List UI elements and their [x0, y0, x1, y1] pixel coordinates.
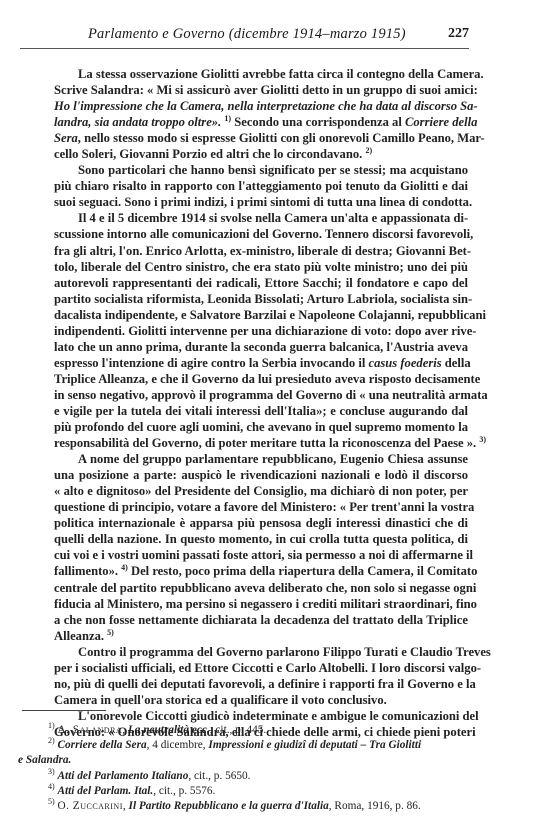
- text-line: più profondo del cuore agli uomini, che …: [54, 419, 468, 435]
- footnote-ref[interactable]: 5): [107, 628, 114, 637]
- text-line: espresso l'intenzione di agire contro la…: [54, 355, 468, 371]
- footnote-author: A. Salandra: [58, 724, 123, 736]
- text-line: Ho l'impressione che la Camera, nella in…: [54, 98, 468, 114]
- footnote-3: 3) Atti del Parlamento Italiano, cit., p…: [18, 769, 468, 784]
- text-line: una posizione a parte: auspicò le rivend…: [54, 467, 468, 483]
- text-line: A nome del gruppo parlamentare repubblic…: [54, 451, 468, 467]
- text-line: in senso negativo, approvò il programma …: [54, 387, 468, 403]
- text-line: scussione intorno alle comunicazioni del…: [54, 226, 468, 242]
- footnote-ref[interactable]: 2): [365, 146, 372, 155]
- footnote-4: 4) Atti del Parlam. Ital., cit., p. 5576…: [18, 784, 468, 799]
- paragraph-1: La stessa osservazione Giolitti avrebbe …: [54, 66, 468, 162]
- header-rule: [20, 48, 469, 49]
- text-line: L'onorevole Ciccotti giudicò indetermina…: [54, 708, 468, 724]
- text-line: e vigile per la tutela dei vitali intere…: [54, 403, 468, 419]
- text-line: cui voi e i vostri uomini passati foste …: [54, 547, 468, 563]
- text-line: politica internazionale è apparsa più pe…: [54, 515, 468, 531]
- text-line: tolo, liberale del Centro sinistro, che …: [54, 259, 468, 275]
- latin-term: casus foederis: [369, 356, 442, 370]
- publication-title: Corriere della: [405, 115, 477, 129]
- footnote-author: O. Zuccarini: [58, 800, 123, 812]
- text-line: Contro il programma del Governo parlaron…: [54, 644, 468, 660]
- text-line: indipendenti. Giolitti intervenne per un…: [54, 323, 468, 339]
- text-line: Scrive Salandra: « Mi si assicurò aver G…: [54, 82, 468, 98]
- paragraph-4: A nome del gruppo parlamentare repubblic…: [54, 451, 468, 644]
- paragraph-5: Contro il programma del Governo parlaron…: [54, 644, 468, 708]
- text-line: « alto e dignitoso» del Presidente del C…: [54, 483, 468, 499]
- text-line: centrale del partito repubblicano aveva …: [54, 580, 468, 596]
- text-line: cello Soleri, Giovanni Porzio ed altri c…: [54, 146, 468, 162]
- text-line: Sono particolari che hanno bensì signifi…: [54, 162, 468, 178]
- footnote-ref[interactable]: 4): [121, 563, 128, 572]
- page-number: 227: [448, 26, 469, 42]
- text-line: dacalista indipendente, e Salvatore Barz…: [54, 307, 468, 323]
- text-line: Il 4 e il 5 dicembre 1914 si svolse nell…: [54, 210, 468, 226]
- running-header: Parlamento e Governo (dicembre 1914–marz…: [20, 24, 469, 44]
- paragraph-2: Sono particolari che hanno bensì signifi…: [54, 162, 468, 210]
- text-line: più chiaro risalto in rapporto con l'att…: [54, 178, 468, 194]
- paragraph-3: Il 4 e il 5 dicembre 1914 si svolse nell…: [54, 210, 468, 451]
- quoted-italic: Ho l'impressione che la Camera, nella in…: [54, 99, 478, 113]
- footnote-rule: [22, 710, 106, 711]
- text-line: Sera, nello stesso modo si espresse Giol…: [54, 130, 468, 146]
- text-line: Triplice Alleanza, e che il Governo da l…: [54, 371, 468, 387]
- text-line: responsabilità del Governo, di poter mer…: [54, 435, 468, 451]
- text-line: autorevoli rappresentanti dei radicali, …: [54, 275, 468, 291]
- body-text: La stessa osservazione Giolitti avrebbe …: [54, 66, 468, 740]
- text-line: Alleanza. 5): [54, 628, 468, 644]
- text-line: a che non fosse nettamente dichiarata la…: [54, 612, 468, 628]
- text-line: suoi seguaci. Sono i primi indizi, i pri…: [54, 194, 468, 210]
- text-line: quelli della nazione. In questo momento,…: [54, 531, 468, 547]
- publication-title: Sera: [54, 131, 78, 145]
- running-title: Parlamento e Governo (dicembre 1914–marz…: [88, 26, 406, 43]
- footnotes: 1) A. Salandra, La neutralità ecc., cit.…: [18, 723, 468, 814]
- footnote-ref[interactable]: 3): [479, 435, 486, 444]
- text-line: fallimento». 4) Del resto, poco prima de…: [54, 563, 468, 579]
- text-line: no, più di quelli dei deputati favorevol…: [54, 676, 468, 692]
- footnote-1: 1) A. Salandra, La neutralità ecc., cit.…: [18, 723, 468, 738]
- text-line: partito socialista riformista, Leonida B…: [54, 291, 468, 307]
- text-line: La stessa osservazione Giolitti avrebbe …: [54, 66, 468, 82]
- quoted-italic: landra, sia andata troppo oltre».: [54, 115, 224, 129]
- text-line: fiducia al Ministero, ma persino si nega…: [54, 596, 468, 612]
- text-line: questione di principio, votare a favore …: [54, 499, 468, 515]
- text-line: landra, sia andata troppo oltre». 1) Sec…: [54, 114, 468, 130]
- text-line: Camera in quell'ora storica ed a qualifi…: [54, 692, 468, 708]
- footnote-5: 5) O. Zuccarini, Il Partito Repubblicano…: [18, 799, 468, 814]
- footnote-2: 2) Corriere della Sera, 4 dicembre, Impr…: [18, 738, 468, 753]
- text-line: per i socialisti ufficiali, ed Ettore Ci…: [54, 660, 468, 676]
- text-line: lato che un anno prima, durante la secon…: [54, 339, 468, 355]
- footnote-2-continued: e Salandra.: [18, 753, 468, 768]
- footnote-ref[interactable]: 1): [224, 114, 231, 123]
- text-line: fra gli altri, l'on. Enrico Arlotta, ex-…: [54, 243, 468, 259]
